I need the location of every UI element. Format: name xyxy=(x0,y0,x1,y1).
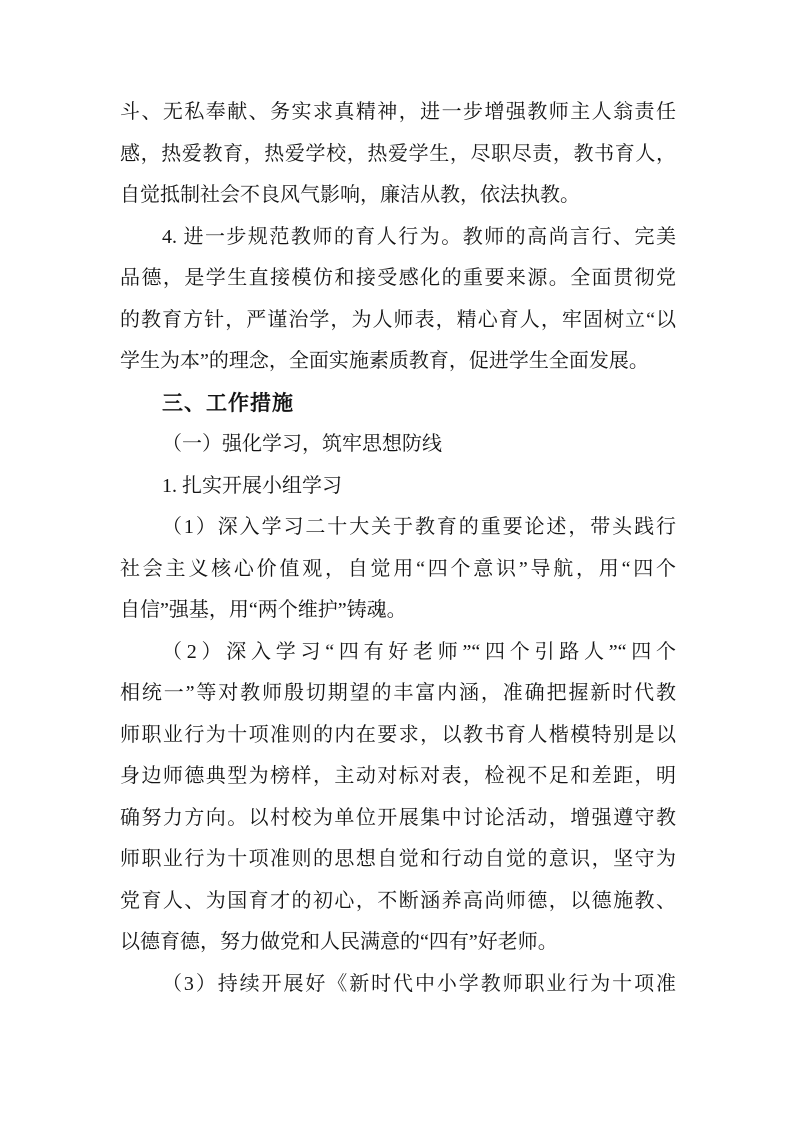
text-line: 师职业行为十项准则的思想自觉和行动自觉的意识，坚守为 xyxy=(120,839,676,881)
para-continuation-item3: 斗、无私奉献、务实求真精神，进一步增强教师主人翁责任感，热爱教育，热爱学校，热爱… xyxy=(120,92,676,217)
text-line: 4. 进一步规范教师的育人行为。教师的高尚言行、完美 xyxy=(120,217,676,259)
text-line: 学生为本”的理念，全面实施素质教育，促进学生全面发展。 xyxy=(120,341,676,383)
text-line: 的教育方针，严谨治学，为人师表，精心育人，牢固树立“以 xyxy=(120,300,676,342)
text-line: （3）持续开展好《新时代中小学教师职业行为十项准 xyxy=(120,964,676,1006)
heading-section3-work-measures: 三、工作措施 xyxy=(120,383,676,425)
para-subpoint1: （1）深入学习二十大关于教育的重要论述，带头践行社会主义核心价值观，自觉用“四个… xyxy=(120,507,676,632)
text-line: 师职业行为十项准则的内在要求，以教书育人楷模特别是以 xyxy=(120,715,676,757)
text-line: 感，热爱教育，热爱学校，热爱学生，尽职尽责，教书育人， xyxy=(120,134,676,176)
text-line: 自觉抵制社会不良风气影响，廉洁从教，依法执教。 xyxy=(120,175,676,217)
para-point1-title: 1. 扎实开展小组学习 xyxy=(120,466,676,508)
text-line: 确努力方向。以村校为单位开展集中讨论活动，增强遵守教 xyxy=(120,798,676,840)
text-line: （一）强化学习，筑牢思想防线 xyxy=(120,424,676,466)
text-line: 品德，是学生直接模仿和接受感化的重要来源。全面贯彻党 xyxy=(120,258,676,300)
document-page: 斗、无私奉献、务实求真精神，进一步增强教师主人翁责任感，热爱教育，热爱学校，热爱… xyxy=(0,0,793,1122)
text-line: 斗、无私奉献、务实求真精神，进一步增强教师主人翁责任 xyxy=(120,92,676,134)
text-line: 以德育德，努力做党和人民满意的“四有”好老师。 xyxy=(120,922,676,964)
text-line: 身边师德典型为榜样，主动对标对表，检视不足和差距，明 xyxy=(120,756,676,798)
text-line: 相统一”等对教师殷切期望的丰富内涵，准确把握新时代教 xyxy=(120,673,676,715)
text-line: （1）深入学习二十大关于教育的重要论述，带头践行 xyxy=(120,507,676,549)
text-line: 1. 扎实开展小组学习 xyxy=(120,466,676,508)
text-line: 社会主义核心价值观，自觉用“四个意识”导航，用“四个 xyxy=(120,549,676,591)
para-subpoint3-cutoff: （3）持续开展好《新时代中小学教师职业行为十项准 xyxy=(120,964,676,1006)
text-line: （2）深入学习“四有好老师”“四个引路人”“四个 xyxy=(120,632,676,674)
text-line: 党育人、为国育才的初心，不断涵养高尚师德，以德施教、 xyxy=(120,881,676,923)
text-line: 三、工作措施 xyxy=(120,383,676,425)
text-line: 自信”强基，用“两个维护”铸魂。 xyxy=(120,590,676,632)
document-text-block: 斗、无私奉献、务实求真精神，进一步增强教师主人翁责任感，热爱教育，热爱学校，热爱… xyxy=(120,92,676,1005)
para-subpoint2: （2）深入学习“四有好老师”“四个引路人”“四个相统一”等对教师殷切期望的丰富内… xyxy=(120,632,676,964)
para-item4: 4. 进一步规范教师的育人行为。教师的高尚言行、完美品德，是学生直接模仿和接受感… xyxy=(120,217,676,383)
para-subsection1-title: （一）强化学习，筑牢思想防线 xyxy=(120,424,676,466)
